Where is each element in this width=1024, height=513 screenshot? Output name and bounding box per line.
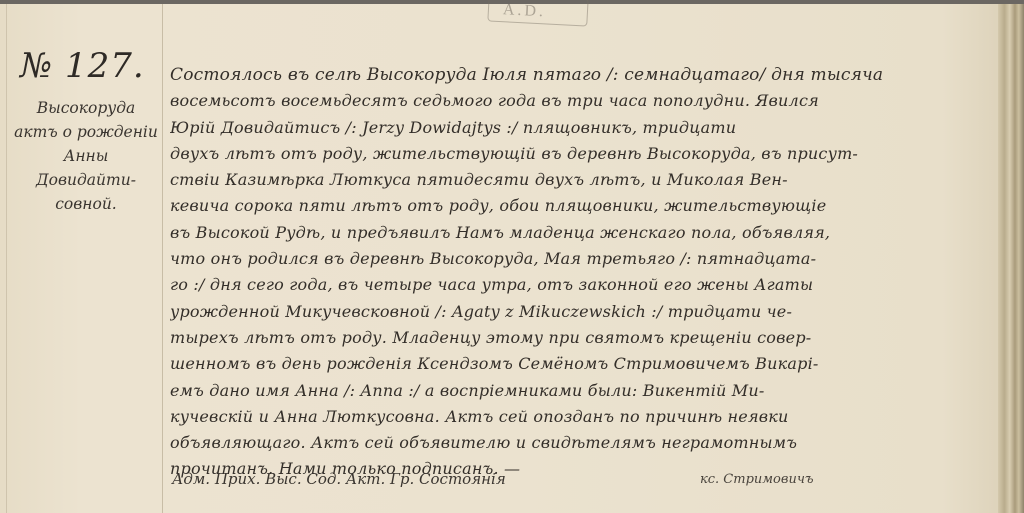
archive-stamp: A.D. xyxy=(487,0,588,27)
body-line: кевича сорока пяти лѣтъ отъ роду, обои п… xyxy=(170,193,1000,219)
margin-column-rule xyxy=(162,4,163,513)
body-line: что онъ родился въ деревнѣ Высокоруда, М… xyxy=(170,246,1000,272)
body-line: урожденной Микучевсковной /: Agaty z Mik… xyxy=(170,299,1000,325)
body-line: емъ дано имя Анна /: Anna :/ а воспріемн… xyxy=(170,378,1000,404)
body-line: кучевскій и Анна Люткусовна. Актъ сей оп… xyxy=(170,404,1000,430)
margin-note-line: Анны xyxy=(12,144,160,168)
margin-note-line: Довидайти- xyxy=(12,168,160,192)
priest-signature: кс. Стримовичъ xyxy=(700,472,814,487)
margin-note-line: совной. xyxy=(12,192,160,216)
margin-note-line: актъ о рожденіи xyxy=(12,120,160,144)
official-title-line: Адм. Прих. Выс. Сод. Акт. Гр. Состоянія xyxy=(172,470,506,488)
register-page: A.D. № 127. Высокоруда актъ о рожденіи А… xyxy=(0,4,1024,513)
body-line: объявляющаго. Актъ сей объявителю и свид… xyxy=(170,430,1000,456)
body-line: Состоялось въ селѣ Высокоруда Іюля пятаг… xyxy=(170,62,1000,88)
margin-note: Высокоруда актъ о рожденіи Анны Довидайт… xyxy=(12,96,160,216)
body-line: тырехъ лѣтъ отъ роду. Младенцу этому при… xyxy=(170,325,1000,351)
body-line: въ Высокой Рудѣ, и предъявилъ Намъ младе… xyxy=(170,220,1000,246)
body-line: двухъ лѣтъ отъ роду, жительствующій въ д… xyxy=(170,141,1000,167)
body-line: ствіи Казимѣрка Люткуса пятидесяти двухъ… xyxy=(170,167,1000,193)
entry-number: № 127. xyxy=(20,46,145,86)
body-line: восемьсотъ восемьдесятъ седьмого года въ… xyxy=(170,88,1000,114)
body-line: го :/ дня сего года, въ четыре часа утра… xyxy=(170,272,1000,298)
margin-note-line: Высокоруда xyxy=(12,96,160,120)
book-page-edge xyxy=(998,4,1024,513)
body-line: шенномъ въ день рожденія Ксендзомъ Семён… xyxy=(170,351,1000,377)
record-body: Состоялось въ селѣ Высокоруда Іюля пятаг… xyxy=(170,62,1000,483)
left-margin-line xyxy=(6,4,7,513)
body-line: Юрій Довидайтисъ /: Jerzy Dowidajtys :/ … xyxy=(170,115,1000,141)
